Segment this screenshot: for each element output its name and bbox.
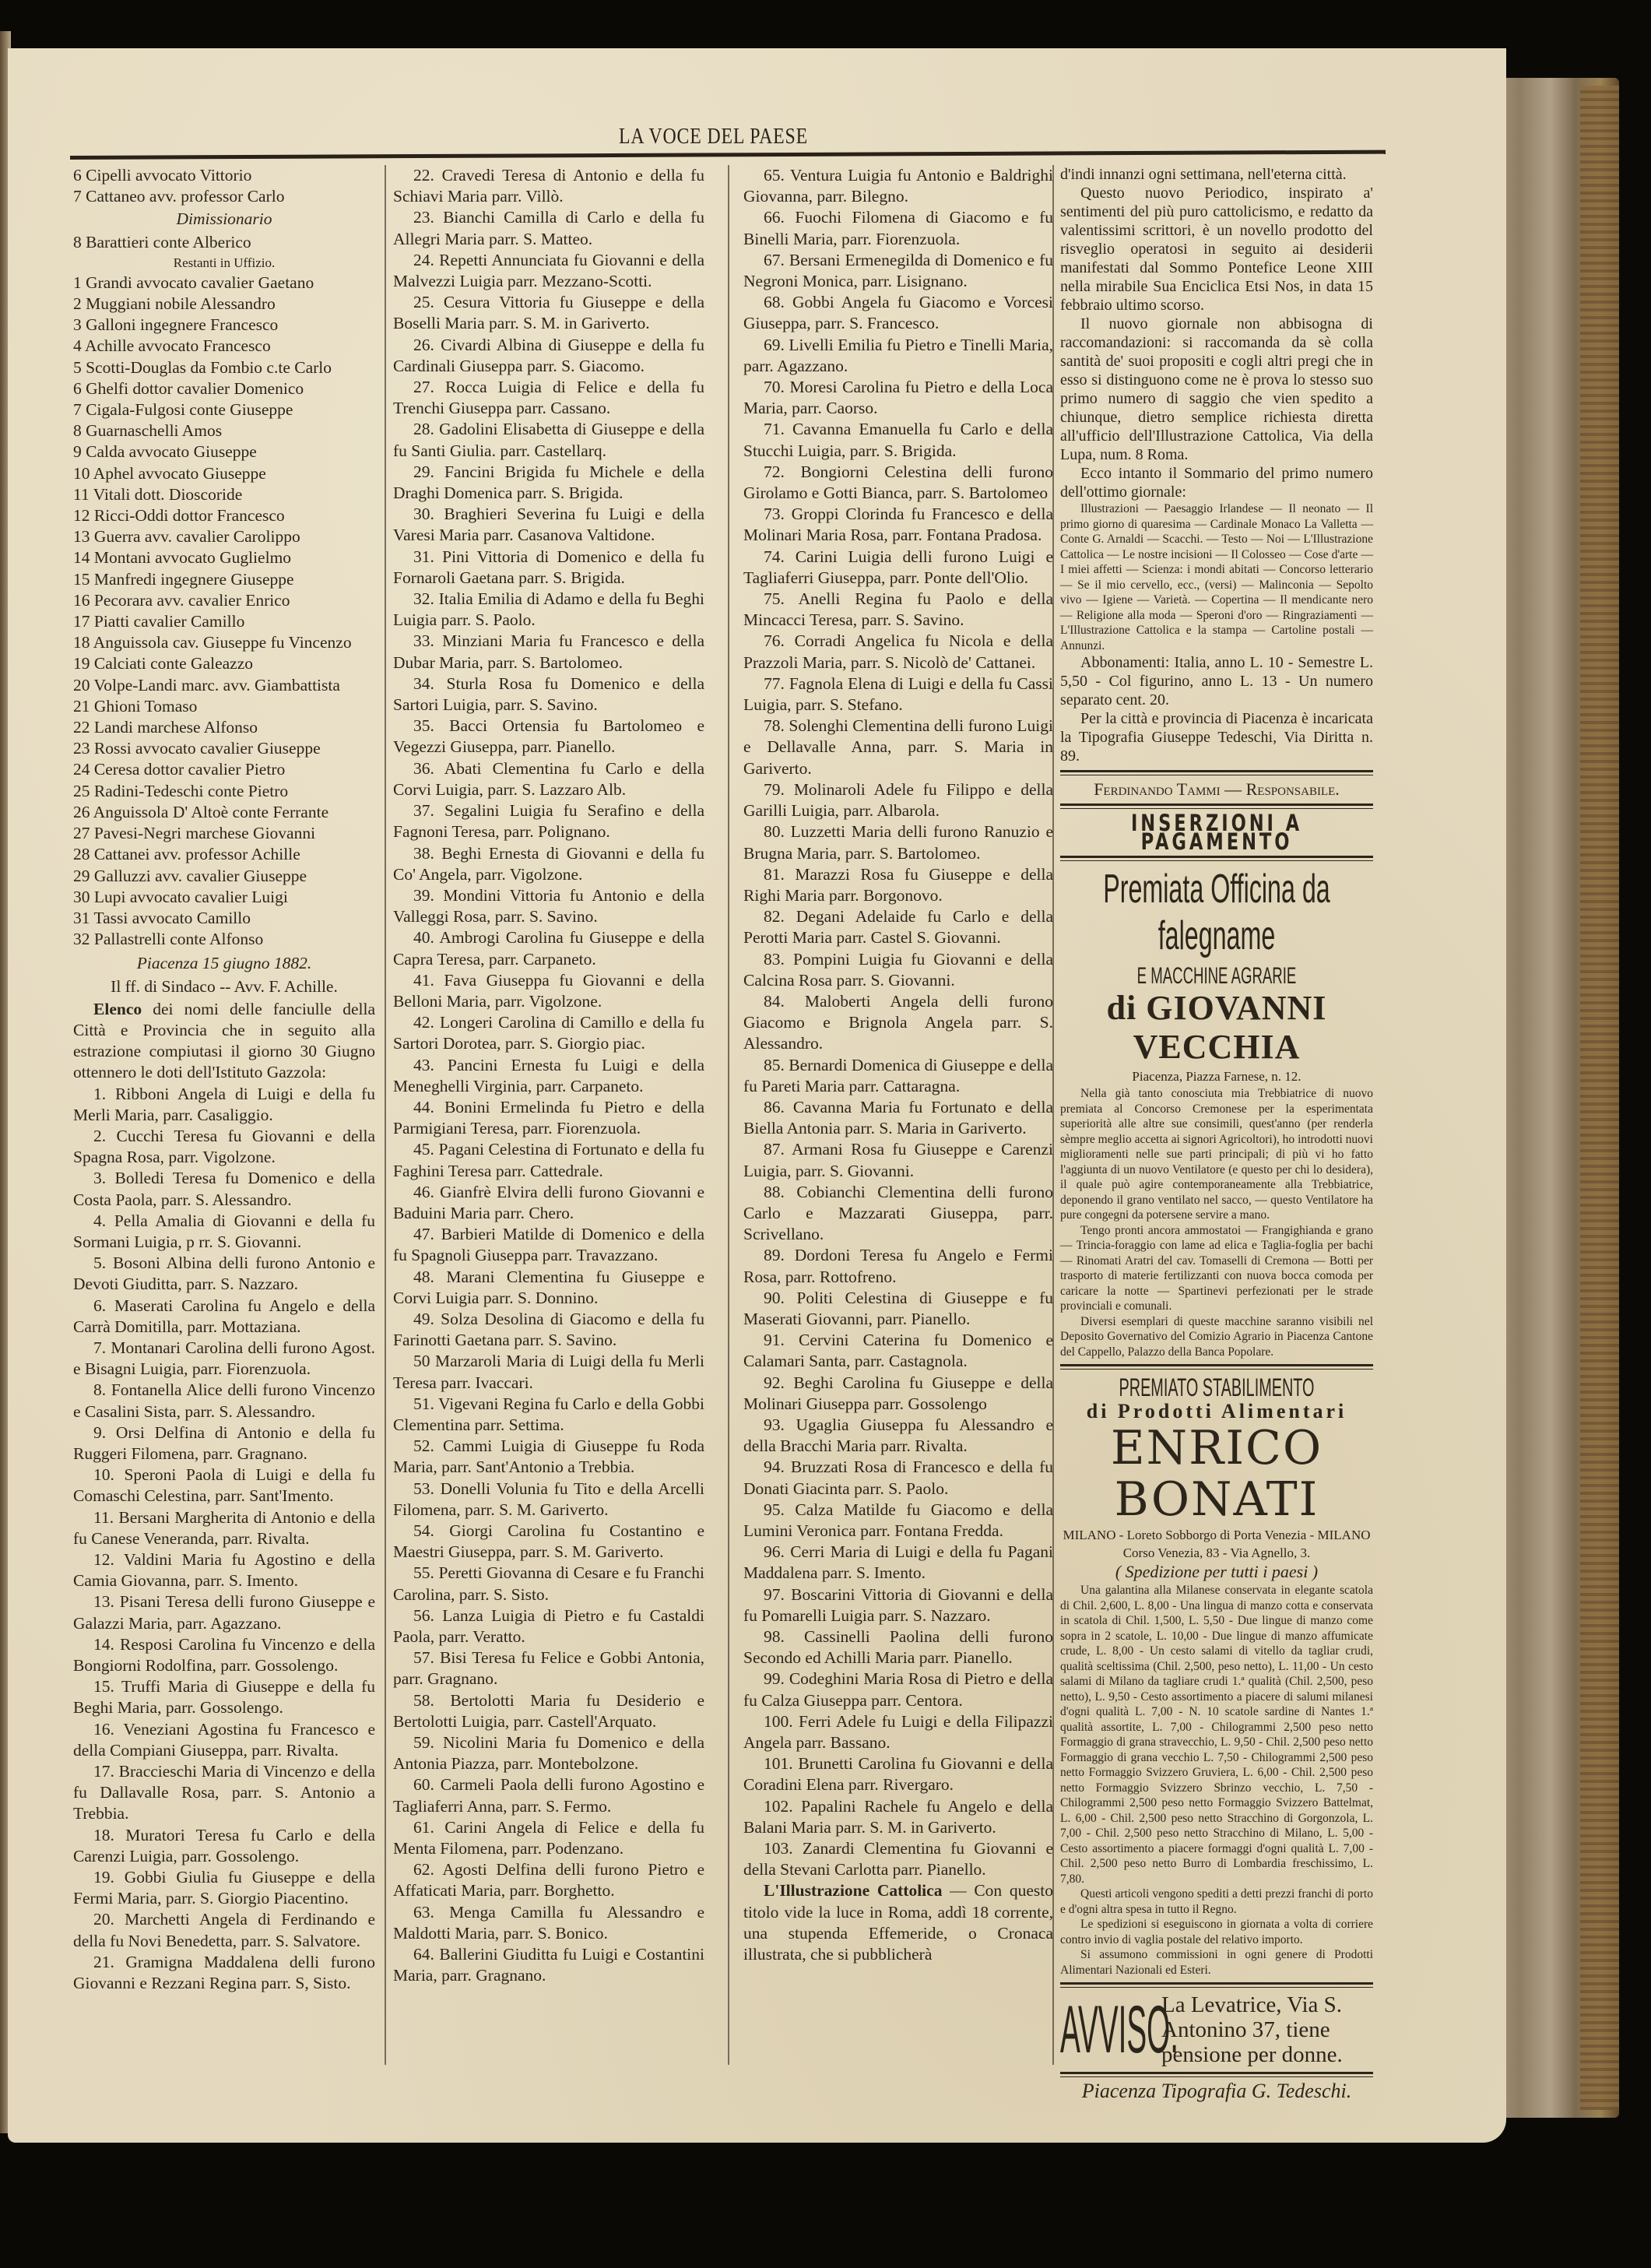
dowry-entry: 65. Ventura Luigia fu Antonio e Baldrigh… bbox=[743, 165, 1053, 207]
council-member: 12 Ricci-Oddi dottor Francesco bbox=[73, 505, 375, 526]
article-continuation: d'indi innanzi ogni settimana, nell'eter… bbox=[1060, 165, 1373, 184]
council-member: 21 Ghioni Tomaso bbox=[73, 696, 375, 717]
dowry-entry: 90. Politi Celestina di Giuseppe e fu Ma… bbox=[743, 1288, 1053, 1330]
dowry-entry: 61. Carini Angela di Felice e della fu M… bbox=[393, 1817, 704, 1859]
ad-bonati-address: MILANO - Loreto Sobborgo di Porta Venezi… bbox=[1060, 1527, 1373, 1543]
illustrazione-title: L'Illustrazione Cattolica bbox=[764, 1881, 942, 1900]
council-member: 19 Calciati conte Galeazzo bbox=[73, 653, 375, 674]
dowry-entry: 1. Ribboni Angela di Luigi e della fu Me… bbox=[73, 1084, 375, 1126]
responsabile-line: Ferdinando Tammi — Responsabile. bbox=[1060, 780, 1373, 799]
dowry-entry: 86. Cavanna Maria fu Fortunato e della B… bbox=[743, 1097, 1053, 1139]
article-paragraph: Il nuovo giornale non abbisogna di racco… bbox=[1060, 315, 1373, 464]
ad-vecchia-body: Nella già tanto conosciuta mia Trebbiatr… bbox=[1060, 1086, 1373, 1223]
dateline: Piacenza 15 giugno 1882. bbox=[73, 953, 375, 974]
dowry-entry: 31. Pini Vittoria di Domenico e della fu… bbox=[393, 547, 704, 589]
divider bbox=[1060, 2072, 1373, 2077]
dowry-entry: 17. Braccieschi Maria di Vincenzo e dell… bbox=[73, 1761, 375, 1825]
dowry-entry: 14. Resposi Carolina fu Vincenzo e della… bbox=[73, 1634, 375, 1676]
imprint: Piacenza Tipografia G. Tedeschi. bbox=[1060, 2082, 1373, 2101]
dowry-list-part-3: 65. Ventura Luigia fu Antonio e Baldrigh… bbox=[743, 165, 1053, 1880]
ad-bonati-title: PREMIATO STABILIMENTO bbox=[1081, 1374, 1352, 1401]
divider bbox=[1060, 770, 1373, 775]
dowry-entry: 15. Truffi Maria di Giuseppe e della fu … bbox=[73, 1676, 375, 1718]
dowry-entry: 40. Ambrogi Carolina fu Giuseppe e della… bbox=[393, 927, 704, 969]
dowry-entry: 88. Cobianchi Clementina delli furono Ca… bbox=[743, 1182, 1053, 1246]
council-member: 4 Achille avvocato Francesco bbox=[73, 336, 375, 357]
dowry-entry: 64. Ballerini Giuditta fu Luigi e Costan… bbox=[393, 1944, 704, 1986]
dowry-entry: 103. Zanardi Clementina fu Giovanni e de… bbox=[743, 1838, 1053, 1880]
dowry-entry: 87. Armani Rosa fu Giuseppe e Carenzi Lu… bbox=[743, 1139, 1053, 1181]
dowry-entry: 102. Papalini Rachele fu Angelo e della … bbox=[743, 1796, 1053, 1838]
dimissionario-heading: Dimissionario bbox=[73, 209, 375, 230]
distributor-note: Per la città e provincia di Piacenza è i… bbox=[1060, 709, 1373, 765]
dowry-entry: 59. Nicolini Maria fu Domenico e della A… bbox=[393, 1732, 704, 1774]
dowry-entry: 71. Cavanna Emanuella fu Carlo e della S… bbox=[743, 419, 1053, 461]
dowry-entry: 27. Rocca Luigia di Felice e della fu Tr… bbox=[393, 377, 704, 419]
dowry-entry: 6. Maserati Carolina fu Angelo e della C… bbox=[73, 1296, 375, 1338]
dowry-entry: 29. Fancini Brigida fu Michele e della D… bbox=[393, 462, 704, 504]
dowry-entry: 52. Cammi Luigia di Giuseppe fu Roda Mar… bbox=[393, 1436, 704, 1478]
dowry-entry: 85. Bernardi Domenica di Giuseppe e dell… bbox=[743, 1055, 1053, 1097]
dowry-entry: 24. Repetti Annunciata fu Giovanni e del… bbox=[393, 250, 704, 292]
divider bbox=[1060, 1364, 1373, 1370]
dowry-entry: 55. Peretti Giovanna di Cesare e fu Fran… bbox=[393, 1563, 704, 1605]
avviso-text: La Levatrice, Via S. Antonino 37, tiene … bbox=[1161, 1992, 1373, 2067]
dowry-entry: 8. Fontanella Alice delli furono Vincenz… bbox=[73, 1380, 375, 1422]
council-member: 22 Landi marchese Alfonso bbox=[73, 717, 375, 738]
dowry-list-part-2: 22. Cravedi Teresa di Antonio e della fu… bbox=[393, 165, 704, 1986]
dowry-entry: 7. Montanari Carolina delli furono Agost… bbox=[73, 1338, 375, 1380]
dowry-entry: 16. Veneziani Agostina fu Francesco e de… bbox=[73, 1719, 375, 1761]
sommario: Illustrazioni — Paesaggio Irlandese — Il… bbox=[1060, 501, 1373, 653]
ad-vecchia-body: Diversi esemplari di queste macchine sar… bbox=[1060, 1314, 1373, 1360]
column-1: 6 Cipelli avvocato Vittorio7 Cattaneo av… bbox=[73, 165, 375, 1994]
dowry-entry: 23. Bianchi Camilla di Carlo e della fu … bbox=[393, 207, 704, 249]
council-member: 8 Guarnaschelli Amos bbox=[73, 420, 375, 441]
ad-bonati-address: Corso Venezia, 83 - Via Agnello, 3. bbox=[1060, 1545, 1373, 1561]
dowry-entry: 62. Agosti Delfina delli furono Pietro e… bbox=[393, 1859, 704, 1901]
council-member: 5 Scotti-Douglas da Fombio c.te Carlo bbox=[73, 357, 375, 378]
dowry-entry: 60. Carmeli Paola delli furono Agostino … bbox=[393, 1774, 704, 1816]
ad-bonati-body: Una galantina alla Milanese conservata i… bbox=[1060, 1583, 1373, 1886]
divider bbox=[1060, 1982, 1373, 1988]
ad-bonati-shipping: ( Spedizione per tutti i paesi ) bbox=[1060, 1563, 1373, 1581]
ad-bonati-subtitle: di Prodotti Alimentari bbox=[1060, 1402, 1373, 1421]
elenco-label: Elenco bbox=[93, 1000, 142, 1018]
restanti-heading: Restanti in Uffizio. bbox=[73, 255, 375, 271]
dowry-entry: 67. Bersani Ermenegilda di Domenico e fu… bbox=[743, 250, 1053, 292]
elenco-intro: Elenco dei nomi delle fanciulle della Ci… bbox=[73, 999, 375, 1084]
dowry-entry: 45. Pagani Celestina di Fortunato e dell… bbox=[393, 1139, 704, 1181]
divider bbox=[1060, 803, 1373, 809]
ad-bonati: PREMIATO STABILIMENTO di Prodotti Alimen… bbox=[1060, 1374, 1373, 1978]
dowry-entry: 78. Solenghi Clementina delli furono Lui… bbox=[743, 716, 1053, 779]
council-member: 6 Cipelli avvocato Vittorio bbox=[73, 165, 375, 186]
dowry-entry: 4. Pella Amalia di Giovanni e della fu S… bbox=[73, 1211, 375, 1253]
dowry-entry: 3. Bolledi Teresa fu Domenico e della Co… bbox=[73, 1168, 375, 1210]
ad-vecchia-name: di GIOVANNI VECCHIA bbox=[1060, 989, 1373, 1067]
dowry-entry: 84. Maloberti Angela delli furono Giacom… bbox=[743, 991, 1053, 1055]
restanti-list: 1 Grandi avvocato cavalier Gaetano2 Mugg… bbox=[73, 273, 375, 951]
dowry-entry: 77. Fagnola Elena di Luigi e della fu Ca… bbox=[743, 673, 1053, 716]
dowry-entry: 51. Vigevani Regina fu Carlo e della Gob… bbox=[393, 1394, 704, 1436]
council-member: 11 Vitali dott. Dioscoride bbox=[73, 484, 375, 505]
ad-bonati-body: Si assumono commissioni in ogni genere d… bbox=[1060, 1947, 1373, 1978]
article-paragraph: Questo nuovo Periodico, inspirato a' sen… bbox=[1060, 184, 1373, 315]
dowry-entry: 94. Bruzzati Rosa di Francesco e della f… bbox=[743, 1457, 1053, 1499]
dowry-entry: 98. Cassinelli Paolina delli furono Seco… bbox=[743, 1626, 1053, 1668]
ad-avviso: AVVISO. La Levatrice, Via S. Antonino 37… bbox=[1060, 1992, 1373, 2067]
dowry-entry: 93. Ugaglia Giuseppa fu Alessandro e del… bbox=[743, 1415, 1053, 1457]
dowry-entry: 10. Speroni Paola di Luigi e della fu Co… bbox=[73, 1465, 375, 1507]
dowry-entry: 26. Civardi Albina di Giuseppe e della f… bbox=[393, 335, 704, 377]
dowry-entry: 44. Bonini Ermelinda fu Pietro e della P… bbox=[393, 1097, 704, 1139]
council-member: 20 Volpe-Landi marc. avv. Giambattista bbox=[73, 675, 375, 696]
council-member: 7 Cattaneo avv. professor Carlo bbox=[73, 186, 375, 207]
column-divider bbox=[385, 165, 386, 2065]
dowry-entry: 11. Bersani Margherita di Antonio e dell… bbox=[73, 1507, 375, 1549]
book-cover-edge bbox=[1580, 86, 1619, 2110]
council-member: 28 Cattanei avv. professor Achille bbox=[73, 844, 375, 865]
dowry-entry: 92. Beghi Carolina fu Giuseppe e della M… bbox=[743, 1373, 1053, 1415]
dowry-entry: 68. Gobbi Angela fu Giacomo e Vorcesi Gi… bbox=[743, 292, 1053, 334]
dowry-entry: 21. Gramigna Maddalena delli furono Giov… bbox=[73, 1952, 375, 1994]
dowry-entry: 2. Cucchi Teresa fu Giovanni e della Spa… bbox=[73, 1126, 375, 1168]
council-member: 6 Ghelfi dottor cavalier Domenico bbox=[73, 378, 375, 399]
mayor-signature: Il ff. di Sindaco -- Avv. F. Achille. bbox=[73, 976, 375, 997]
dowry-entry: 99. Codeghini Maria Rosa di Pietro e del… bbox=[743, 1668, 1053, 1711]
dimissionario-member: 8 Barattieri conte Alberico bbox=[73, 232, 375, 253]
dowry-entry: 13. Pisani Teresa delli furono Giuseppe … bbox=[73, 1591, 375, 1633]
dowry-entry: 73. Groppi Clorinda fu Francesco e della… bbox=[743, 504, 1053, 546]
dowry-entry: 75. Anelli Regina fu Paolo e della Minca… bbox=[743, 589, 1053, 631]
masthead: LA VOCE DEL PAESE bbox=[619, 125, 808, 149]
council-member: 26 Anguissola D' Altoè conte Ferrante bbox=[73, 802, 375, 823]
council-member: 2 Muggiani nobile Alessandro bbox=[73, 294, 375, 315]
abbonamenti: Abbonamenti: Italia, anno L. 10 - Semest… bbox=[1060, 653, 1373, 709]
council-member: 29 Galluzzi avv. cavalier Giuseppe bbox=[73, 866, 375, 887]
illustrazione-article-lead: L'Illustrazione Cattolica — Con questo t… bbox=[743, 1880, 1053, 1965]
dowry-entry: 22. Cravedi Teresa di Antonio e della fu… bbox=[393, 165, 704, 207]
dowry-entry: 96. Cerri Maria di Luigi e della fu Paga… bbox=[743, 1542, 1053, 1584]
ad-vecchia: Premiata Officina da falegname E MACCHIN… bbox=[1060, 866, 1373, 1359]
column-4: d'indi innanzi ogni settimana, nell'eter… bbox=[1060, 165, 1373, 2102]
dowry-entry: 56. Lanza Luigia di Pietro e fu Castaldi… bbox=[393, 1605, 704, 1647]
council-members-top: 6 Cipelli avvocato Vittorio7 Cattaneo av… bbox=[73, 165, 375, 207]
dowry-entry: 57. Bisi Teresa fu Felice e Gobbi Antoni… bbox=[393, 1647, 704, 1690]
dowry-entry: 83. Pompini Luigia fu Giovanni e della C… bbox=[743, 949, 1053, 991]
column-2: 22. Cravedi Teresa di Antonio e della fu… bbox=[393, 165, 704, 1986]
council-member: 16 Pecorara avv. cavalier Enrico bbox=[73, 590, 375, 611]
dowry-entry: 76. Corradi Angelica fu Nicola e della P… bbox=[743, 631, 1053, 673]
ad-bonati-body: Le spedizioni si eseguiscono in giornata… bbox=[1060, 1917, 1373, 1947]
divider bbox=[1060, 856, 1373, 861]
dowry-entry: 30. Braghieri Severina fu Luigi e della … bbox=[393, 504, 704, 546]
dowry-entry: 91. Cervini Caterina fu Domenico e Calam… bbox=[743, 1330, 1053, 1372]
dowry-entry: 32. Italia Emilia di Adamo e della fu Be… bbox=[393, 589, 704, 631]
council-member: 25 Radini-Tedeschi conte Pietro bbox=[73, 781, 375, 802]
dowry-entry: 46. Gianfrè Elvira delli furono Giovanni… bbox=[393, 1182, 704, 1224]
dowry-entry: 50 Marzaroli Maria di Luigi della fu Mer… bbox=[393, 1351, 704, 1393]
council-member: 14 Montani avvocato Guglielmo bbox=[73, 547, 375, 568]
council-member: 7 Cigala-Fulgosi conte Giuseppe bbox=[73, 399, 375, 420]
council-member: 1 Grandi avvocato cavalier Gaetano bbox=[73, 273, 375, 294]
article-paragraph: Ecco intanto il Sommario del primo numer… bbox=[1060, 464, 1373, 501]
ad-bonati-name: ENRICO BONATI bbox=[1060, 1422, 1373, 1525]
dowry-entry: 33. Minziani Maria fu Francesco e della … bbox=[393, 631, 704, 673]
dowry-entry: 20. Marchetti Angela di Ferdinando e del… bbox=[73, 1909, 375, 1951]
council-member: 13 Guerra avv. cavalier Carolippo bbox=[73, 526, 375, 547]
council-member: 10 Aphel avvocato Giuseppe bbox=[73, 463, 375, 484]
dowry-entry: 81. Marazzi Rosa fu Giuseppe e della Rig… bbox=[743, 864, 1053, 906]
dowry-entry: 41. Fava Giuseppa fu Giovanni e della Be… bbox=[393, 970, 704, 1012]
ad-vecchia-address: Piacenza, Piazza Farnese, n. 12. bbox=[1060, 1068, 1373, 1085]
dowry-entry: 82. Degani Adelaide fu Carlo e della Per… bbox=[743, 906, 1053, 948]
dowry-entry: 80. Luzzetti Maria delli furono Ranuzio … bbox=[743, 821, 1053, 863]
dowry-entry: 53. Donelli Volunia fu Tito e della Arce… bbox=[393, 1479, 704, 1521]
ad-vecchia-title: Premiata Officina da falegname bbox=[1081, 866, 1352, 959]
dowry-entry: 79. Molinaroli Adele fu Filippo e della … bbox=[743, 779, 1053, 821]
dowry-entry: 63. Menga Camilla fu Alessandro e Maldot… bbox=[393, 1902, 704, 1944]
inserzioni-heading: INSERZIONI A PAGAMENTO bbox=[1070, 814, 1363, 851]
dowry-entry: 100. Ferri Adele fu Luigi e della Filipa… bbox=[743, 1711, 1053, 1753]
council-member: 24 Ceresa dottor cavalier Pietro bbox=[73, 759, 375, 780]
dowry-entry: 5. Bosoni Albina delli furono Antonio e … bbox=[73, 1253, 375, 1295]
dowry-entry: 54. Giorgi Carolina fu Costantino e Maes… bbox=[393, 1521, 704, 1563]
dowry-entry: 42. Longeri Carolina di Camillo e della … bbox=[393, 1012, 704, 1054]
council-member: 23 Rossi avvocato cavalier Giuseppe bbox=[73, 738, 375, 759]
dowry-entry: 35. Bacci Ortensia fu Bartolomeo e Vegez… bbox=[393, 716, 704, 758]
dowry-entry: 19. Gobbi Giulia fu Giuseppe e della Fer… bbox=[73, 1867, 375, 1909]
council-member: 9 Calda avvocato Giuseppe bbox=[73, 441, 375, 462]
column-divider bbox=[728, 165, 729, 2065]
ad-bonati-body: Questi articoli vengono spediti a detti … bbox=[1060, 1886, 1373, 1917]
dowry-entry: 37. Segalini Luigia fu Serafino e della … bbox=[393, 800, 704, 842]
dowry-entry: 28. Gadolini Elisabetta di Giuseppe e de… bbox=[393, 419, 704, 461]
dowry-list-part-1: 1. Ribboni Angela di Luigi e della fu Me… bbox=[73, 1084, 375, 1995]
dowry-entry: 47. Barbieri Matilde di Domenico e della… bbox=[393, 1224, 704, 1266]
dowry-entry: 9. Orsi Delfina di Antonio e della fu Ru… bbox=[73, 1422, 375, 1465]
council-member: 31 Tassi avvocato Camillo bbox=[73, 908, 375, 929]
dowry-entry: 72. Bongiorni Celestina delli furono Gir… bbox=[743, 462, 1053, 504]
dowry-entry: 36. Abati Clementina fu Carlo e della Co… bbox=[393, 758, 704, 800]
dowry-entry: 34. Sturla Rosa fu Domenico e della Sart… bbox=[393, 673, 704, 716]
column-3: 65. Ventura Luigia fu Antonio e Baldrigh… bbox=[743, 165, 1053, 1965]
dowry-entry: 48. Marani Clementina fu Giuseppe e Corv… bbox=[393, 1267, 704, 1309]
council-member: 32 Pallastrelli conte Alfonso bbox=[73, 929, 375, 950]
dowry-entry: 12. Valdini Maria fu Agostino e della Ca… bbox=[73, 1549, 375, 1591]
dowry-entry: 25. Cesura Vittoria fu Giuseppe e della … bbox=[393, 292, 704, 334]
council-member: 3 Galloni ingegnere Francesco bbox=[73, 315, 375, 336]
council-member: 15 Manfredi ingegnere Giuseppe bbox=[73, 569, 375, 590]
dowry-entry: 69. Livelli Emilia fu Pietro e Tinelli M… bbox=[743, 335, 1053, 377]
dowry-entry: 97. Boscarini Vittoria di Giovanni e del… bbox=[743, 1584, 1053, 1626]
dowry-entry: 89. Dordoni Teresa fu Angelo e Fermi Ros… bbox=[743, 1245, 1053, 1287]
dowry-entry: 58. Bertolotti Maria fu Desiderio e Bert… bbox=[393, 1690, 704, 1732]
council-member: 30 Lupi avvocato cavalier Luigi bbox=[73, 887, 375, 908]
ad-vecchia-subtitle: E MACCHINE AGRARIE bbox=[1081, 964, 1352, 989]
council-member: 27 Pavesi-Negri marchese Giovanni bbox=[73, 823, 375, 844]
dowry-entry: 18. Muratori Teresa fu Carlo e della Car… bbox=[73, 1825, 375, 1867]
dowry-entry: 70. Moresi Carolina fu Pietro e della Lo… bbox=[743, 377, 1053, 419]
dowry-entry: 66. Fuochi Filomena di Giacomo e fu Bine… bbox=[743, 207, 1053, 249]
dowry-entry: 43. Pancini Ernesta fu Luigi e della Men… bbox=[393, 1055, 704, 1097]
avviso-word: AVVISO. bbox=[1060, 1996, 1102, 2063]
dowry-entry: 49. Solza Desolina di Giacomo e della fu… bbox=[393, 1309, 704, 1351]
ad-vecchia-body: Tengo pronti ancora ammostatoi — Frangig… bbox=[1060, 1223, 1373, 1314]
dowry-entry: 38. Beghi Ernesta di Giovanni e della fu… bbox=[393, 843, 704, 885]
dowry-entry: 95. Calza Matilde fu Giacomo e della Lum… bbox=[743, 1500, 1053, 1542]
dowry-entry: 74. Carini Luigia delli furono Luigi e T… bbox=[743, 547, 1053, 589]
dowry-entry: 39. Mondini Vittoria fu Antonio e della … bbox=[393, 885, 704, 927]
council-member: 17 Piatti cavalier Camillo bbox=[73, 611, 375, 632]
council-member: 18 Anguissola cav. Giuseppe fu Vincenzo bbox=[73, 632, 375, 653]
dowry-entry: 101. Brunetti Carolina fu Giovanni e del… bbox=[743, 1753, 1053, 1795]
